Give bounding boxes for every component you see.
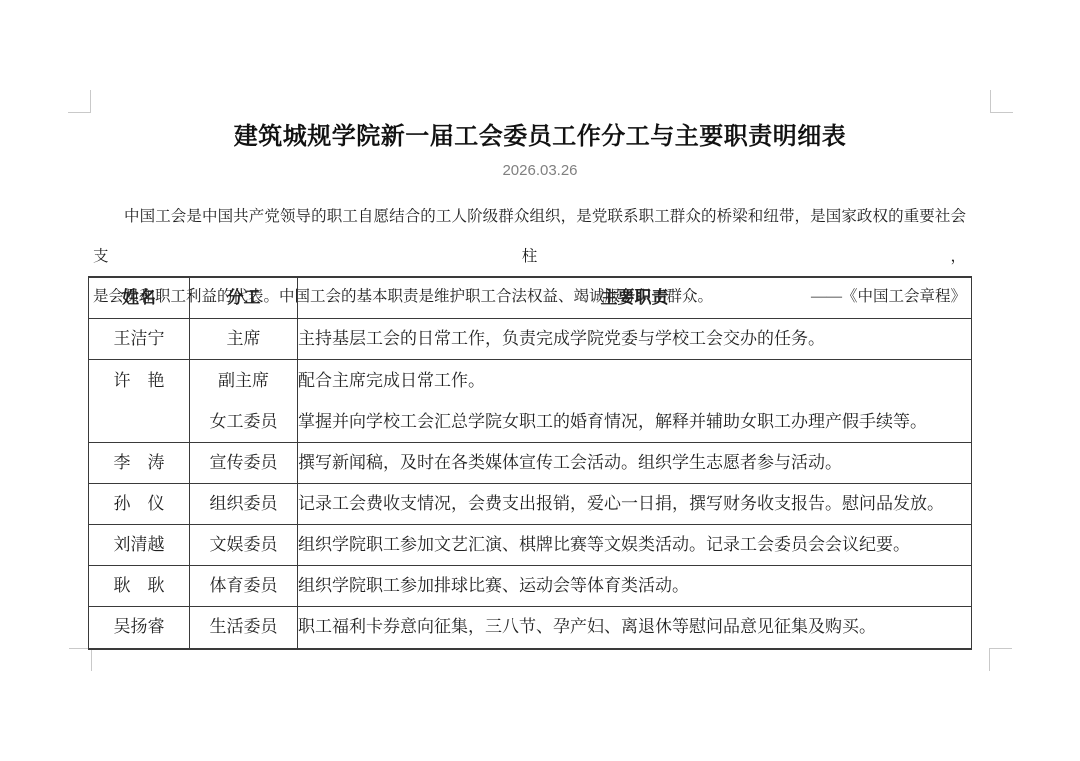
role-cell: 文娱委员: [190, 525, 298, 566]
duty-cell: 主持基层工会的日常工作，负责完成学院党委与学校工会交办的任务。: [298, 319, 972, 360]
page-margin-mark-bottom-left: [69, 648, 92, 671]
page-margin-mark-top-left: [68, 90, 91, 113]
header-role: 分工: [190, 277, 298, 319]
document-page: 建筑城规学院新一届工会委员工作分工与主要职责明细表 2026.03.26 中国工…: [0, 0, 1080, 761]
name-cell: 许 艳: [89, 360, 190, 443]
duty-table: 姓名 分工 主要职责 王洁宁 主席 主持基层工会的日常工作，负责完成学院党委与学…: [88, 276, 972, 650]
role-cell: 宣传委员: [190, 443, 298, 484]
duty-cell: 职工福利卡券意向征集，三八节、孕产妇、离退休等慰问品意见征集及购买。: [298, 607, 972, 649]
duty-cell: 配合主席完成日常工作。 掌握并向学校工会汇总学院女职工的婚育情况，解释并辅助女职…: [298, 360, 972, 443]
name-cell: 刘清越: [89, 525, 190, 566]
document-title: 建筑城规学院新一届工会委员工作分工与主要职责明细表: [0, 116, 1080, 151]
role-line: 副主席: [190, 360, 297, 401]
table-row: 孙 仪 组织委员 记录工会费收支情况，会费支出报销，爱心一日捐，撰写财务收支报告…: [89, 484, 972, 525]
role-cell: 主席: [190, 319, 298, 360]
header-duty: 主要职责: [298, 277, 972, 319]
duty-cell: 组织学院职工参加文艺汇演、棋牌比赛等文娱类活动。记录工会委员会会议纪要。: [298, 525, 972, 566]
role-cell: 生活委员: [190, 607, 298, 649]
duty-cell: 组织学院职工参加排球比赛、运动会等体育类活动。: [298, 566, 972, 607]
table-row: 吴扬睿 生活委员 职工福利卡券意向征集，三八节、孕产妇、离退休等慰问品意见征集及…: [89, 607, 972, 649]
role-line: 女工委员: [190, 401, 297, 442]
page-margin-mark-bottom-right: [989, 648, 1012, 671]
duty-cell: 记录工会费收支情况，会费支出报销，爱心一日捐，撰写财务收支报告。慰问品发放。: [298, 484, 972, 525]
table-row: 王洁宁 主席 主持基层工会的日常工作，负责完成学院党委与学校工会交办的任务。: [89, 319, 972, 360]
intro-line-1: 中国工会是中国共产党领导的职工自愿结合的工人阶级群众组织，是党联系职工群众的桥梁…: [93, 197, 966, 277]
header-name: 姓名: [89, 277, 190, 319]
duty-line: 配合主席完成日常工作。: [298, 360, 971, 401]
name-cell: 孙 仪: [89, 484, 190, 525]
page-margin-mark-top-right: [990, 90, 1013, 113]
table-row: 李 涛 宣传委员 撰写新闻稿，及时在各类媒体宣传工会活动。组织学生志愿者参与活动…: [89, 443, 972, 484]
table-row: 刘清越 文娱委员 组织学院职工参加文艺汇演、棋牌比赛等文娱类活动。记录工会委员会…: [89, 525, 972, 566]
table-row: 许 艳 副主席 女工委员 配合主席完成日常工作。 掌握并向学校工会汇总学院女职工…: [89, 360, 972, 443]
table-header-row: 姓名 分工 主要职责: [89, 277, 972, 319]
name-cell: 李 涛: [89, 443, 190, 484]
name-cell: 王洁宁: [89, 319, 190, 360]
role-cell: 体育委员: [190, 566, 298, 607]
role-cell: 组织委员: [190, 484, 298, 525]
name-cell: 吴扬睿: [89, 607, 190, 649]
duty-cell: 撰写新闻稿，及时在各类媒体宣传工会活动。组织学生志愿者参与活动。: [298, 443, 972, 484]
role-cell: 副主席 女工委员: [190, 360, 298, 443]
table-row: 耿 耿 体育委员 组织学院职工参加排球比赛、运动会等体育类活动。: [89, 566, 972, 607]
name-cell: 耿 耿: [89, 566, 190, 607]
duty-line: 掌握并向学校工会汇总学院女职工的婚育情况，解释并辅助女职工办理产假手续等。: [298, 401, 971, 442]
document-date: 2026.03.26: [0, 162, 1080, 179]
